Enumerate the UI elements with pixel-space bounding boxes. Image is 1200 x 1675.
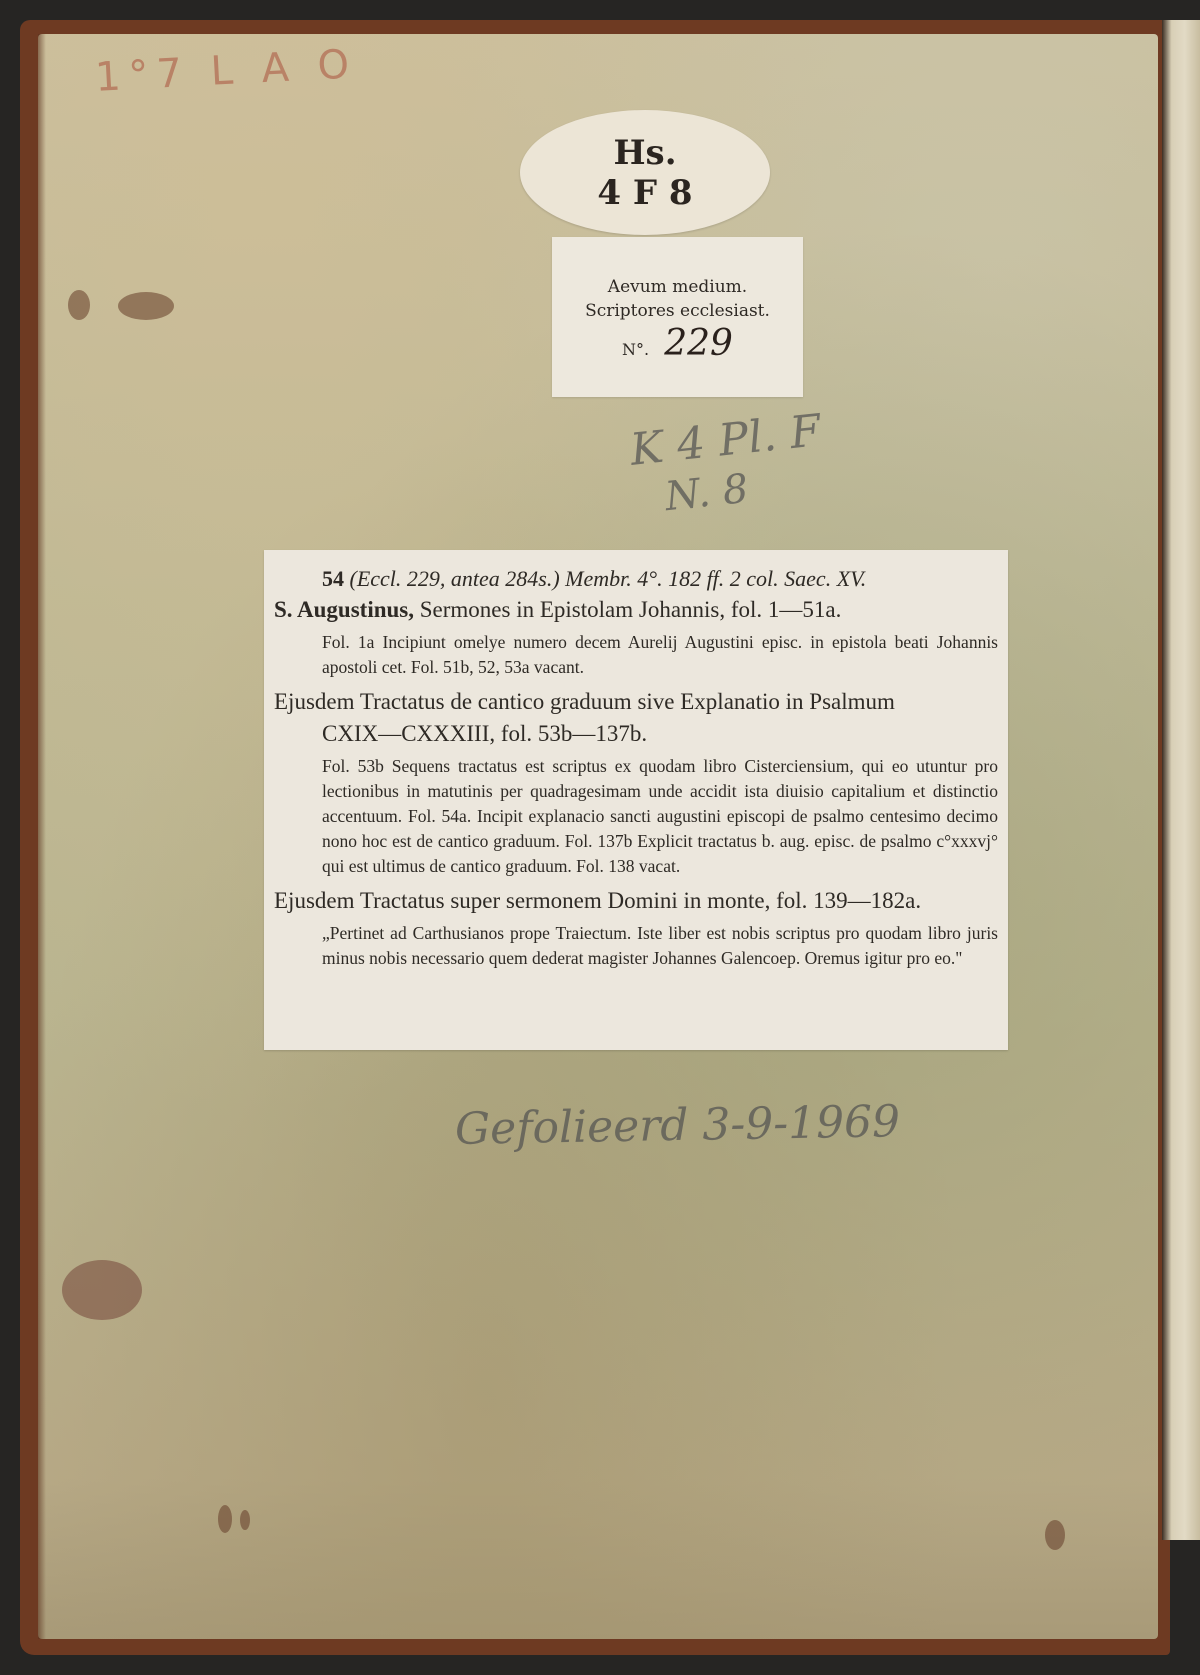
- item-1-author: S. Augustinus,: [274, 597, 414, 622]
- item-1-title-text: Sermones in Epistolam Johannis, fol. 1—5…: [420, 597, 842, 622]
- shelf-label-line-1: Aevum medium.: [552, 277, 803, 297]
- item-1-note: Fol. 1a Incipiunt omelye numero decem Au…: [274, 630, 998, 680]
- item-3-title: Ejusdem Tractatus super sermonem Domini …: [274, 885, 998, 917]
- catalog-number: 54: [322, 566, 344, 591]
- handwritten-number: 229: [664, 323, 733, 364]
- stain: [68, 290, 90, 320]
- item-2-title: Ejusdem Tractatus de cantico graduum siv…: [274, 686, 998, 750]
- shelf-label-number-row: N°. 229: [552, 323, 803, 364]
- shelfmark-line-2: 4 F 8: [597, 173, 692, 213]
- catalog-header-details: (Eccl. 229, antea 284s.) Membr. 4°. 182 …: [350, 566, 867, 591]
- stain: [1045, 1520, 1065, 1550]
- shelfmark-oval-label: Hs. 4 F 8: [520, 110, 770, 235]
- item-2-title-cont: CXIX—CXXXIII, fol. 53b—137b.: [274, 718, 998, 750]
- item-2-note: Fol. 53b Sequens tractatus est scriptus …: [274, 754, 998, 879]
- shelfmark-line-1: Hs.: [613, 133, 676, 173]
- item-2-title-text: Ejusdem Tractatus de cantico graduum siv…: [274, 689, 895, 714]
- shelf-label-line-2: Scriptores ecclesiast.: [552, 301, 803, 321]
- text-block-edge: [1162, 20, 1200, 1540]
- stain: [240, 1510, 250, 1530]
- stain: [62, 1260, 142, 1320]
- catalog-description-label: 54 (Eccl. 229, antea 284s.) Membr. 4°. 1…: [264, 550, 1008, 1050]
- item-3-note: „Pertinet ad Carthusianos prope Traiectu…: [274, 921, 998, 971]
- item-1-title: S. Augustinus, Sermones in Epistolam Joh…: [274, 594, 998, 626]
- number-prefix: N°.: [622, 340, 649, 359]
- catalog-header: 54 (Eccl. 229, antea 284s.) Membr. 4°. 1…: [322, 564, 998, 594]
- stain: [118, 292, 174, 320]
- binding-fold: [38, 34, 46, 1639]
- pencil-old-number: N. 8: [663, 466, 751, 520]
- shelf-label: Aevum medium. Scriptores ecclesiast. N°.…: [552, 237, 803, 397]
- item-3-title-text: Ejusdem Tractatus super sermonem Domini …: [274, 888, 921, 913]
- stain: [218, 1505, 232, 1533]
- pencil-foliation-note: Gefolieerd 3-9-1969: [455, 1096, 901, 1155]
